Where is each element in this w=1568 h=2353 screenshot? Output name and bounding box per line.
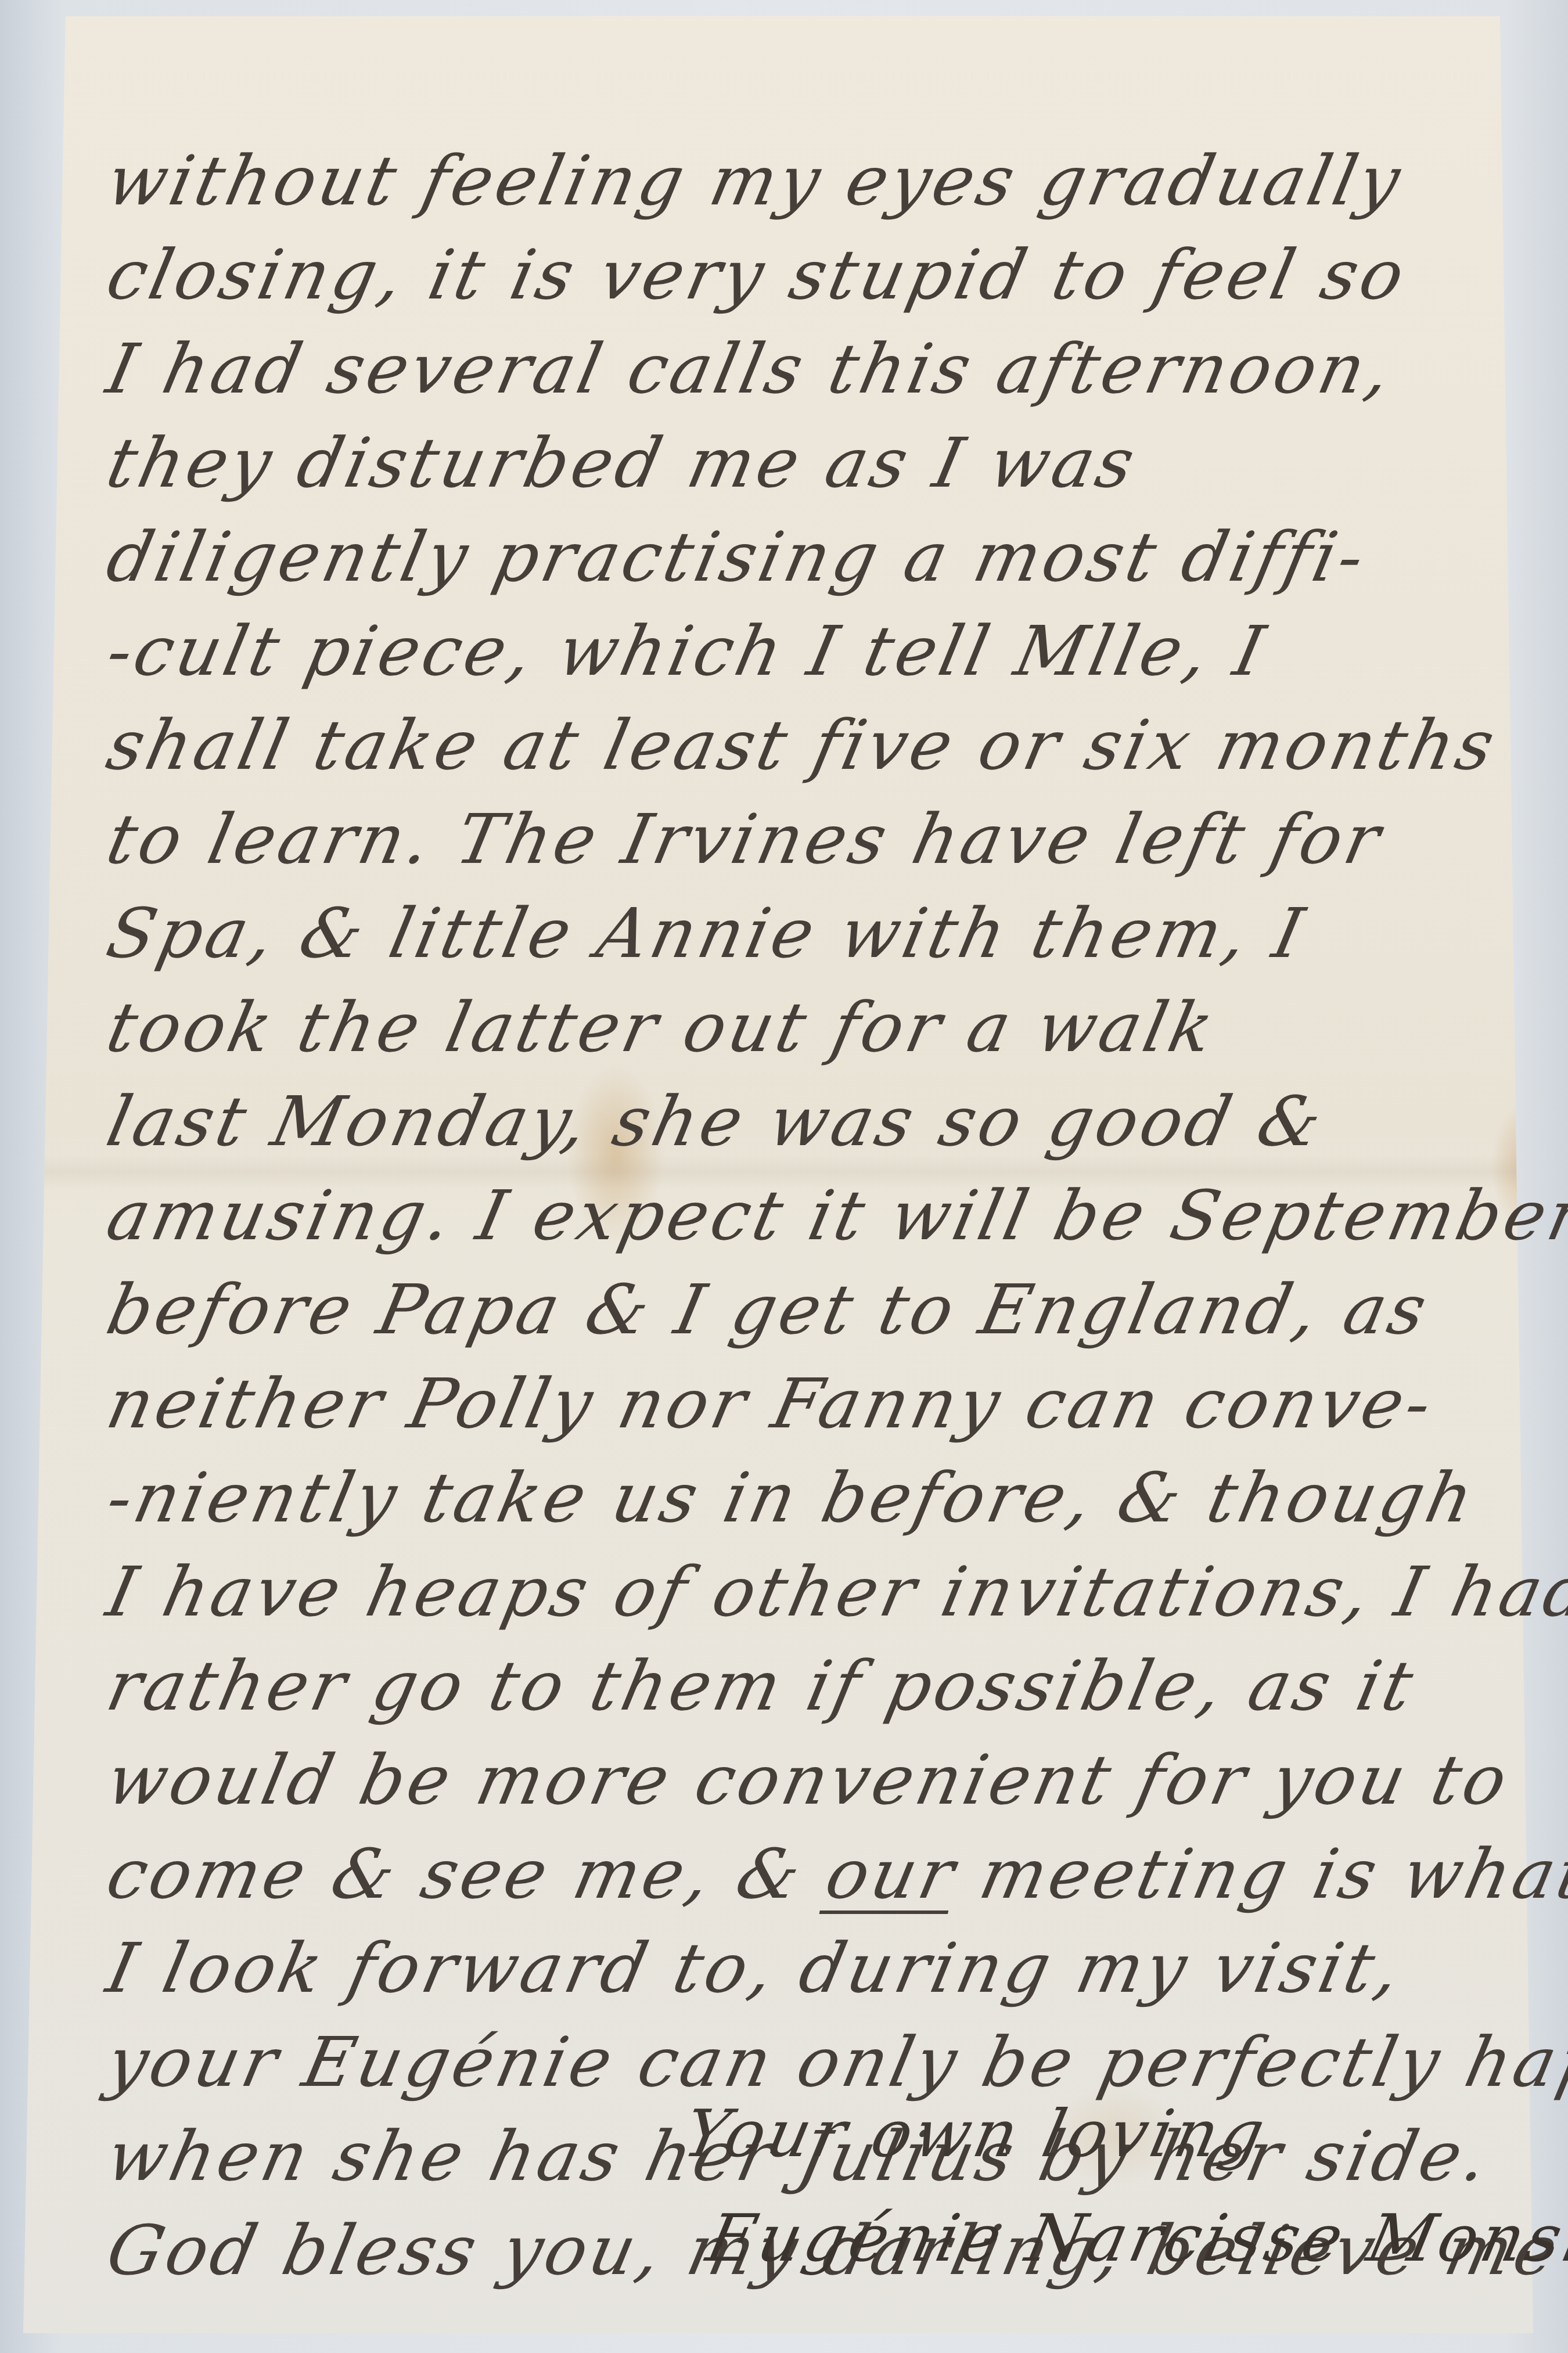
letter-line-underlined: come & see me, & our meeting is what bbox=[99, 1827, 1501, 1921]
letter-line: your Eugénie can only be perfectly happy bbox=[99, 2015, 1501, 2109]
letter-line: diligently practising a most diffi- bbox=[99, 510, 1501, 604]
letter-line: rather go to them if possible, as it bbox=[99, 1639, 1501, 1733]
letter-line: to learn. The Irvines have left for bbox=[99, 792, 1501, 886]
letter-line: shall take at least five or six months bbox=[99, 698, 1501, 792]
letter-line: last Monday, she was so good & bbox=[99, 1074, 1501, 1168]
letter-signature: Eugénie Narcisse Monsilyan. bbox=[700, 2201, 1568, 2276]
line-text-before: come & see me, & bbox=[100, 1834, 836, 1914]
letter-line: closing, it is very stupid to feel so bbox=[99, 228, 1501, 322]
letter-body: without feeling my eyes gradually closin… bbox=[99, 134, 1481, 2297]
letter-line: I had several calls this afternoon, bbox=[99, 322, 1501, 416]
letter-line: I have heaps of other invitations, I had bbox=[99, 1545, 1501, 1639]
letter-line: Spa, & little Annie with them, I bbox=[99, 886, 1501, 980]
underlined-word: our bbox=[819, 1834, 965, 1914]
letter-line: -niently take us in before, & though bbox=[99, 1451, 1501, 1545]
letter-line: before Papa & I get to England, as bbox=[99, 1262, 1501, 1357]
letter-line: I look forward to, during my visit, bbox=[99, 1921, 1501, 2015]
letter-line: they disturbed me as I was bbox=[99, 416, 1501, 510]
letter-line: without feeling my eyes gradually bbox=[99, 134, 1501, 228]
letter-line: neither Polly nor Fanny can conve- bbox=[99, 1357, 1501, 1451]
line-text-after: meeting is what bbox=[948, 1834, 1568, 1914]
letter-closing: Your own loving bbox=[677, 2096, 1274, 2172]
letter-line: took the latter out for a walk bbox=[99, 980, 1501, 1074]
letter-line: would be more convenient for you to bbox=[99, 1733, 1501, 1827]
letter-line: amusing. I expect it will be September bbox=[99, 1168, 1501, 1262]
letter-line: -cult piece, which I tell Mlle, I bbox=[99, 604, 1501, 698]
